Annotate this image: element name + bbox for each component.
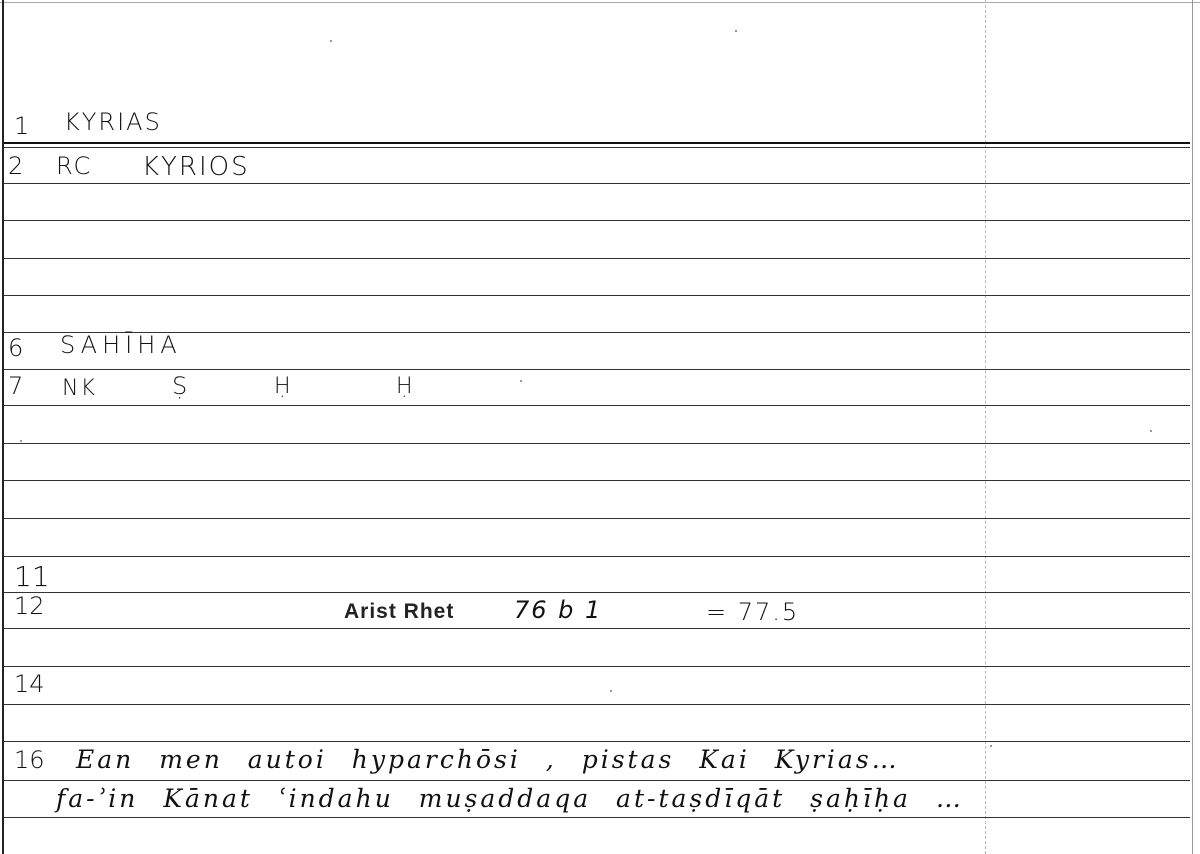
source-stamp: Arist Rhet [344,600,454,624]
card-edge-top [0,2,1200,3]
root-letter: Ḥ [274,374,293,399]
ruled-line [4,704,1190,705]
scan-speck [520,380,522,382]
scan-speck [1150,430,1152,432]
scan-speck [735,30,737,32]
ruled-line [4,741,1190,742]
arabic-citation: fa-ʾin Kānat ʿindahu muṣaddaqa at-taṣdīq… [56,784,964,813]
ruled-line [4,556,1190,557]
ruled-line [4,592,1190,593]
ruled-line [4,220,1190,221]
ruled-line [4,480,1190,481]
line-number: 1 [14,112,29,140]
record-card: 1 KYRIAS 2 RC KYRIOS 6 SAHĪHA 7 NK Ṣ Ḥ Ḥ… [0,0,1200,854]
headword: KYRIAS [64,108,162,136]
card-edge-right [1192,0,1193,854]
field-label: RC [56,152,92,180]
ruled-line [4,147,1190,148]
ruled-line [4,666,1190,667]
ruled-line [4,369,1190,370]
ruled-line [4,518,1190,519]
ruled-line [4,183,1190,184]
arabic-equivalent: SAHĪHA [60,331,182,359]
ruled-line [4,405,1190,406]
ruled-line [4,295,1190,296]
line-number: 6 [8,334,23,362]
root-letter: Ḥ [396,374,415,399]
greek-citation: Ean men autoi hyparchōsi , pistas Kai Ky… [76,745,900,774]
ruled-line [4,142,1190,144]
ruled-line [4,443,1190,444]
line-number: 12 [14,592,45,620]
scan-speck [990,745,992,747]
scan-speck [330,40,332,42]
source-reference: 76 b 1 [514,596,602,624]
ruled-line [4,780,1190,781]
line-number: 7 [8,372,23,400]
ruled-line [4,817,1190,818]
fold-line [985,0,986,854]
scan-speck [20,440,22,442]
root-form: KYRIOS [142,152,250,182]
card-edge-left [2,0,4,854]
line-number: 14 [14,670,45,698]
ruled-line [4,258,1190,259]
root-letter: Ṣ [172,372,189,400]
ruled-line [4,628,1190,629]
line-number: 16 [14,746,45,774]
line-number: 11 [14,560,50,593]
source-equivalence: = 77.5 [706,598,799,626]
scan-speck [610,690,612,692]
field-label: NK [62,376,97,401]
line-number: 2 [8,152,23,180]
